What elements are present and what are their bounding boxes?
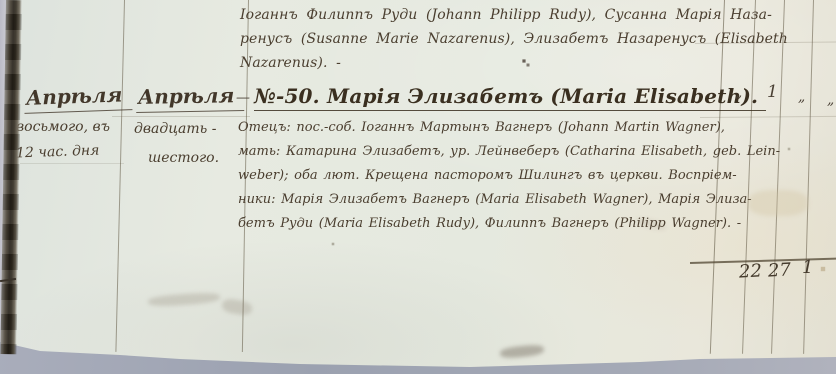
total-value: 22 bbox=[738, 260, 762, 282]
ink-bleedthrough bbox=[148, 292, 221, 308]
baptism-date-month: Апрѣля bbox=[24, 82, 133, 114]
christening-date-day2: шестого. bbox=[148, 150, 219, 166]
scanned-register-photo: Іоганнъ Филиппъ Руди (Johann Philipp Rud… bbox=[0, 0, 836, 374]
faint-row-rule bbox=[20, 163, 124, 164]
baptism-date-time: 12 час. дня bbox=[16, 143, 100, 162]
tally-count: 1 bbox=[767, 82, 778, 102]
register-page: Іоганнъ Филиппъ Руди (Johann Philipp Rud… bbox=[0, 0, 836, 374]
column-rule-date1 bbox=[115, 0, 125, 352]
christening-date-month: Апрѣля bbox=[136, 83, 245, 113]
baptism-date-day: восьмого, въ bbox=[16, 119, 110, 135]
handwritten-line: ники: Марія Элизабетъ Вагнеръ (Maria Eli… bbox=[238, 188, 780, 212]
record-title: №-50. Марія Элизабетъ (Maria Elisabeth). bbox=[254, 84, 766, 111]
handwritten-line: бетъ Руди (Maria Elisabeth Rudy), Филипп… bbox=[238, 212, 780, 236]
handwritten-line: мать: Катарина Элизабетъ, ур. Лейнвеберъ… bbox=[238, 140, 780, 164]
faint-row-rule bbox=[112, 116, 250, 117]
totals-rule bbox=[690, 258, 836, 264]
tally-ditto-mark: „ bbox=[798, 89, 805, 105]
margin-dash: — bbox=[236, 90, 250, 106]
total-value: 1 bbox=[802, 257, 813, 278]
total-value: 27 bbox=[767, 259, 791, 281]
handwritten-line: ренусъ (Susanne Marie Nazarenus), Элизаб… bbox=[240, 27, 788, 51]
record-body-text: Отецъ: пос.-соб. Іоганнъ Мартынъ Вагнеръ… bbox=[238, 116, 780, 236]
tally-ditto-mark: „ bbox=[735, 85, 742, 101]
paper-stain bbox=[748, 190, 808, 216]
handwritten-line: Отецъ: пос.-соб. Іоганнъ Мартынъ Вагнеръ… bbox=[238, 116, 780, 140]
paper-stain bbox=[500, 344, 545, 360]
handwritten-line: weber); оба лют. Крещена пасторомъ Шилин… bbox=[238, 164, 780, 188]
previous-record-text: Іоганнъ Филиппъ Руди (Johann Philipp Rud… bbox=[240, 3, 788, 75]
tally-ditto-mark: „ bbox=[827, 92, 834, 108]
column-rule-tally4 bbox=[803, 0, 814, 354]
handwritten-line: Nazarenus). - bbox=[240, 51, 788, 75]
ink-bleedthrough bbox=[221, 298, 253, 317]
handwritten-line: Іоганнъ Филиппъ Руди (Johann Philipp Rud… bbox=[240, 3, 788, 27]
christening-date-day1: двадцать - bbox=[134, 121, 216, 137]
